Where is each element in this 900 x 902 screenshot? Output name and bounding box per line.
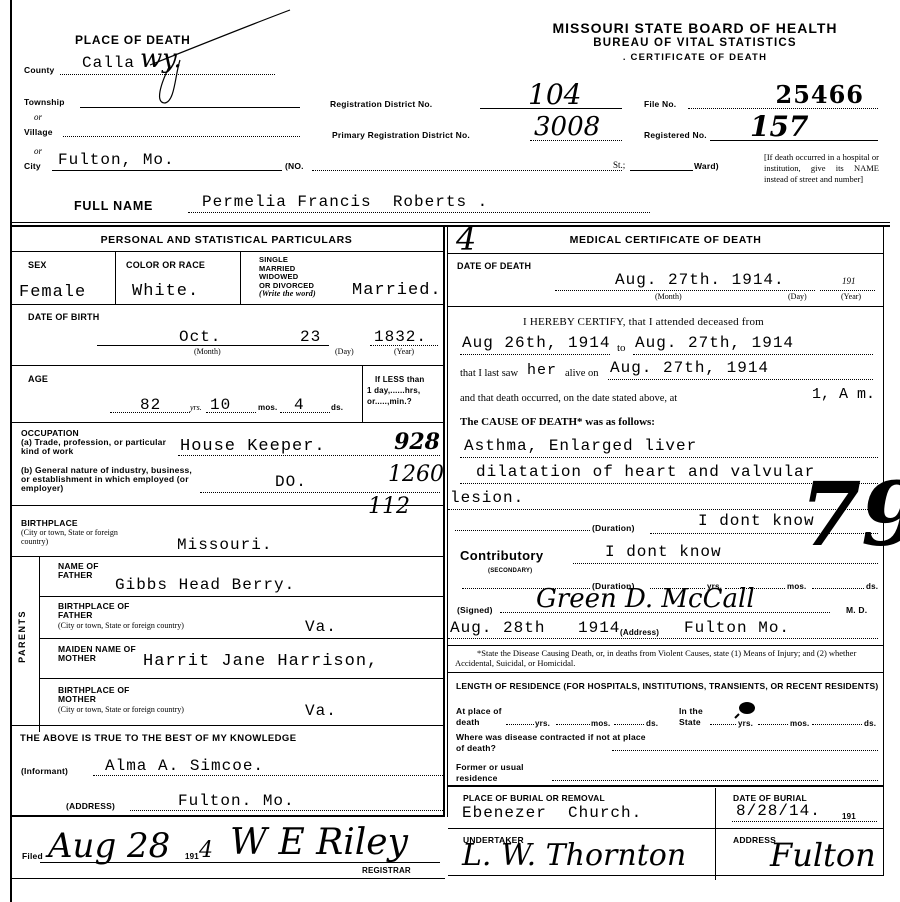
occupation-a-field: House Keeper. 928: [178, 437, 440, 456]
signed-rule: [448, 645, 883, 646]
primary-district-field: 3008: [530, 114, 622, 141]
duration-field-pre: [455, 520, 590, 531]
name-rule: [10, 222, 890, 223]
less-than-line-3: or.....,min.?: [367, 396, 425, 407]
age-months-field: 10: [206, 399, 256, 413]
footnote-rule: [448, 672, 883, 673]
attended-to-field: Aug. 27th, 1914: [633, 337, 873, 355]
cause-line-1-value: Asthma, Enlarged liver: [464, 437, 697, 455]
dod-year-caption: (Year): [841, 292, 861, 301]
certificate-header: MISSOURI STATE BOARD OF HEALTH BUREAU OF…: [510, 20, 880, 63]
township-field: [80, 95, 300, 108]
mother-birthplace-sub: (City or town, State or foreign country): [58, 705, 184, 714]
in-state-mos-label: mos.: [790, 719, 809, 728]
undertaker-rule: [448, 875, 883, 876]
bureau-title: BUREAU OF VITAL STATISTICS: [510, 37, 880, 49]
name-rule-bold: [10, 225, 890, 227]
city-value: Fulton, Mo.: [58, 151, 175, 169]
registrar-label: REGISTRAR: [362, 866, 411, 875]
at-place-mos-field: [556, 716, 590, 725]
in-state-mos-field: [758, 716, 788, 725]
in-state-ds-label: ds.: [864, 719, 876, 728]
cause-label: The CAUSE OF DEATH* was as follows:: [460, 416, 655, 428]
village-label: Village: [24, 128, 53, 137]
registered-no-value: 157: [750, 110, 808, 143]
cause-code: 79: [800, 470, 900, 558]
signed-value: Green D. McCall: [536, 584, 755, 614]
primary-district-label: Primary Registration District No.: [332, 131, 470, 140]
former-residence-label: Former or usual residence: [456, 762, 546, 784]
burial-rule: [448, 828, 883, 829]
last-saw-pronoun: her: [527, 362, 557, 379]
board-title: MISSOURI STATE BOARD OF HEALTH: [510, 20, 880, 36]
certificate-title: . CERTIFICATE OF DEATH: [510, 52, 880, 63]
occurred-text: and that death occurred, on the date sta…: [460, 393, 677, 404]
street-no-label: (NO.: [285, 162, 304, 171]
filed-year-value: 4: [199, 838, 213, 863]
last-saw-date-value: Aug. 27th, 1914: [610, 359, 769, 377]
left-panel-border: [443, 227, 445, 817]
mother-name-rule: [40, 678, 443, 679]
village-field: [63, 123, 300, 137]
occupation-code-b: 1260: [388, 462, 444, 487]
age-ds-label: ds.: [331, 403, 343, 412]
mother-birthplace-rule: [10, 725, 443, 726]
city-label: City: [24, 162, 41, 171]
last-saw-date-field: Aug. 27th, 1914: [608, 362, 873, 380]
to-label: to: [617, 342, 626, 354]
birthplace-code: 112: [368, 494, 410, 519]
dod-year-printed: 191: [842, 276, 856, 286]
dob-year-value: 1832.: [374, 328, 427, 346]
dob-day-caption: (Day): [335, 347, 354, 356]
sex-value: Female: [19, 283, 86, 302]
time-value: 1, A m.: [812, 386, 875, 403]
county-value: Calla: [82, 54, 135, 72]
informant-field: Alma A. Simcoe.: [93, 757, 443, 776]
dob-month-field: Oct. 23: [97, 330, 329, 346]
contracted-field: [612, 742, 878, 751]
age-days-value: 4: [294, 396, 305, 414]
mother-birthplace-value: Va.: [305, 702, 337, 720]
signed-date-value: Aug. 28th: [450, 619, 545, 637]
in-state-ds-field: [812, 716, 862, 725]
dod-field: Aug. 27th. 1914.: [555, 274, 815, 291]
dob-day-value: 23: [300, 328, 321, 346]
cause-line-1: Asthma, Enlarged liver: [460, 440, 878, 458]
registration-district-label: Registration District No.: [330, 100, 432, 109]
age-days-field: 4: [280, 399, 330, 413]
at-place-ds-label: ds.: [646, 719, 658, 728]
occupation-b-field: DO. 1260: [200, 478, 440, 493]
less-than-line-1: If LESS than: [367, 374, 425, 385]
street-field: [312, 160, 622, 171]
signed-label: (Signed): [457, 606, 493, 615]
age-years-field: 82: [110, 399, 190, 413]
contributory-value: I dont know: [605, 543, 722, 561]
father-birthplace-label: BIRTHPLACE OF FATHER: [58, 602, 158, 620]
medical-heading-rule: [448, 253, 883, 254]
dod-year-field: 191: [820, 274, 875, 291]
in-state-yrs-label: yrs.: [738, 719, 753, 728]
residence-rule: [448, 785, 883, 787]
signed-date-field: Aug. 28th 1914 (Address) Fulton Mo.: [448, 620, 878, 639]
undertaker-address-value: Fulton: [770, 836, 876, 874]
at-place-ds-field: [614, 716, 644, 725]
occupation-a-label: (a) Trade, profession, or particular kin…: [21, 438, 181, 456]
at-place-mos-label: mos.: [591, 719, 610, 728]
less-than-day: If LESS than 1 day,......hrs, or.....,mi…: [367, 374, 425, 407]
birthplace-label: BIRTHPLACE: [21, 519, 78, 528]
duration-value: I dont know: [698, 512, 815, 530]
or-text-1: or: [34, 112, 42, 122]
race-label: COLOR OR RACE: [126, 261, 205, 270]
burial-date-value: 8/28/14.: [736, 802, 821, 820]
sex-row-rule: [10, 304, 443, 305]
address-value: Fulton. Mo.: [178, 792, 295, 810]
age-yrs-label: yrs.: [190, 403, 202, 412]
burial-label: PLACE OF BURIAL OR REMOVAL: [463, 794, 605, 803]
left-panel-border-inner: [447, 227, 448, 817]
marital-labels: SINGLE MARRIED WIDOWED OR DIVORCED (Writ…: [259, 256, 316, 299]
age-mos-label: mos.: [258, 403, 277, 412]
alive-on-label: alive on: [565, 368, 599, 379]
dob-month-value: Oct.: [179, 328, 221, 346]
occupation-a-value: House Keeper.: [180, 437, 326, 456]
age-label: AGE: [28, 375, 48, 384]
dod-month-caption: (Month): [655, 292, 682, 301]
ward-field: [630, 160, 693, 171]
registered-no-field: 157: [710, 114, 878, 141]
dod-day-caption: (Day): [788, 292, 807, 301]
full-name-label: FULL NAME: [74, 199, 153, 213]
medical-heading: MEDICAL CERTIFICATE OF DEATH: [448, 234, 883, 246]
burial-value: Ebenezer Church.: [462, 804, 642, 822]
dob-label: DATE OF BIRTH: [28, 313, 99, 322]
parents-label: PARENTS: [18, 610, 27, 663]
full-name-value: Permelia Francis Roberts .: [202, 193, 488, 211]
birthplace-sub: (City or town, State or foreign country): [21, 528, 141, 546]
filed-year-label: 191: [185, 852, 199, 861]
contrib-mos-label: mos.: [787, 582, 806, 591]
occupation-code-a: 928: [394, 429, 440, 455]
address-field: Fulton. Mo.: [130, 792, 443, 811]
full-name-field: Permelia Francis Roberts .: [188, 192, 650, 213]
address-rule: [10, 815, 443, 817]
signed-field: Green D. McCall: [500, 594, 830, 613]
mother-name-value: Harrit Jane Harrison,: [143, 652, 378, 671]
signed-year-value: 1914: [578, 619, 620, 637]
father-name-label: NAME OF FATHER: [58, 562, 118, 580]
st-label: St.;: [613, 160, 625, 170]
father-name-rule: [40, 596, 443, 597]
registration-district-field: 104: [480, 78, 622, 109]
father-birthplace-value: Va.: [305, 618, 337, 636]
contributory-label: Contributory: [460, 548, 544, 563]
county-label: County: [24, 66, 54, 75]
father-name-value: Gibbs Head Berry.: [115, 576, 295, 594]
file-no-field: 25466: [688, 82, 878, 109]
personal-heading: PERSONAL AND STATISTICAL PARTICULARS: [10, 234, 443, 246]
file-no-label: File No.: [644, 100, 676, 109]
sex-race-divider: [115, 252, 116, 304]
age-months-value: 10: [210, 396, 231, 414]
race-value: White.: [132, 282, 199, 301]
dod-label: DATE OF DEATH: [457, 262, 531, 271]
personal-heading-rule: [10, 251, 443, 252]
occupation-b-value: DO.: [275, 473, 307, 491]
dob-rule: [10, 365, 443, 366]
burial-divider: [715, 788, 716, 880]
cause-line-3-value: lesion.: [450, 489, 524, 507]
primary-district-value: 3008: [534, 112, 600, 142]
birthplace-rule: [10, 556, 443, 557]
undertaker-value: L. W. Thornton: [462, 838, 686, 873]
informant-value: Alma A. Simcoe.: [105, 757, 264, 775]
race-marital-divider: [240, 252, 241, 304]
dob-year-field: 1832.: [370, 330, 438, 346]
registration-district-value: 104: [528, 78, 581, 111]
age-years-value: 82: [140, 396, 161, 414]
former-residence-field: [552, 772, 878, 781]
at-place-yrs-field: [506, 716, 534, 725]
certify-text: I HEREBY CERTIFY, that I attended deceas…: [523, 316, 764, 328]
mother-name-label: MAIDEN NAME OF MOTHER: [58, 645, 138, 663]
filed-line: [40, 862, 440, 863]
attended-from-value: Aug 26th, 1914: [462, 334, 610, 352]
father-birthplace-rule: [40, 638, 443, 639]
sex-label: SEX: [28, 261, 47, 270]
parents-divider: [39, 557, 40, 732]
address-label: (ADDRESS): [66, 802, 115, 811]
last-saw-label: that I last saw: [460, 368, 518, 379]
attended-from-field: Aug 26th, 1914: [460, 337, 610, 355]
at-place-label: At place of death: [456, 706, 506, 728]
signed-address-label: (Address): [620, 628, 659, 637]
city-field: Fulton, Mo.: [52, 150, 282, 171]
age-rule: [10, 422, 443, 423]
birthplace-value: Missouri.: [177, 536, 272, 554]
mother-birthplace-label: BIRTHPLACE OF MOTHER: [58, 686, 158, 704]
father-birthplace-sub: (City or town, State or foreign country): [58, 621, 184, 630]
filed-label: Filed: [22, 852, 43, 861]
md-label: M. D.: [846, 606, 867, 615]
dob-month-caption: (Month): [194, 347, 221, 356]
marital-value: Married.: [352, 281, 442, 300]
secondary-label: (SECONDARY): [488, 567, 532, 576]
true-statement: THE ABOVE IS TRUE TO THE BEST OF MY KNOW…: [20, 733, 296, 744]
less-than-line-2: 1 day,......hrs,: [367, 385, 425, 396]
township-label: Township: [24, 98, 65, 107]
occupation-b-label: (b) General nature of industry, business…: [21, 466, 196, 493]
age-less-divider: [362, 366, 363, 422]
registrar-signature: W E Riley: [230, 822, 408, 863]
footnote: *State the Disease Causing Death, or, in…: [455, 648, 880, 668]
marital-note: (Write the word): [259, 290, 316, 299]
dod-rule: [448, 306, 883, 307]
residence-heading: LENGTH OF RESIDENCE (FOR HOSPITALS, INST…: [456, 681, 881, 691]
attended-to-value: Aug. 27th, 1914: [635, 334, 794, 352]
ink-blot: [733, 700, 757, 720]
filed-value: Aug 28: [48, 826, 170, 866]
hospital-note: [If death occurred in a hospital or inst…: [764, 152, 879, 185]
burial-year-printed: 191: [842, 812, 856, 821]
duration-label: (Duration): [592, 524, 635, 533]
registered-no-label: Registered No.: [644, 131, 707, 140]
county-flourish: [140, 5, 300, 105]
right-margin-line: [883, 226, 884, 876]
or-text-2: or: [34, 146, 42, 156]
cause-line-2-value: dilatation of heart and valvular: [476, 463, 815, 481]
burial-date-field: 8/28/14. 191: [732, 804, 877, 822]
at-place-yrs-label: yrs.: [535, 719, 550, 728]
signed-address-value: Fulton Mo.: [684, 619, 790, 637]
informant-label: (Informant): [21, 767, 68, 776]
dod-value: Aug. 27th. 1914.: [615, 271, 785, 289]
dob-year-caption: (Year): [394, 347, 414, 356]
ward-label: Ward): [694, 162, 719, 171]
contrib-ds-field: [812, 578, 864, 589]
registrar-rule: [10, 878, 445, 879]
contrib-ds-label: ds.: [866, 582, 878, 591]
file-no-value: 25466: [776, 80, 865, 109]
left-margin-line: [10, 0, 12, 902]
